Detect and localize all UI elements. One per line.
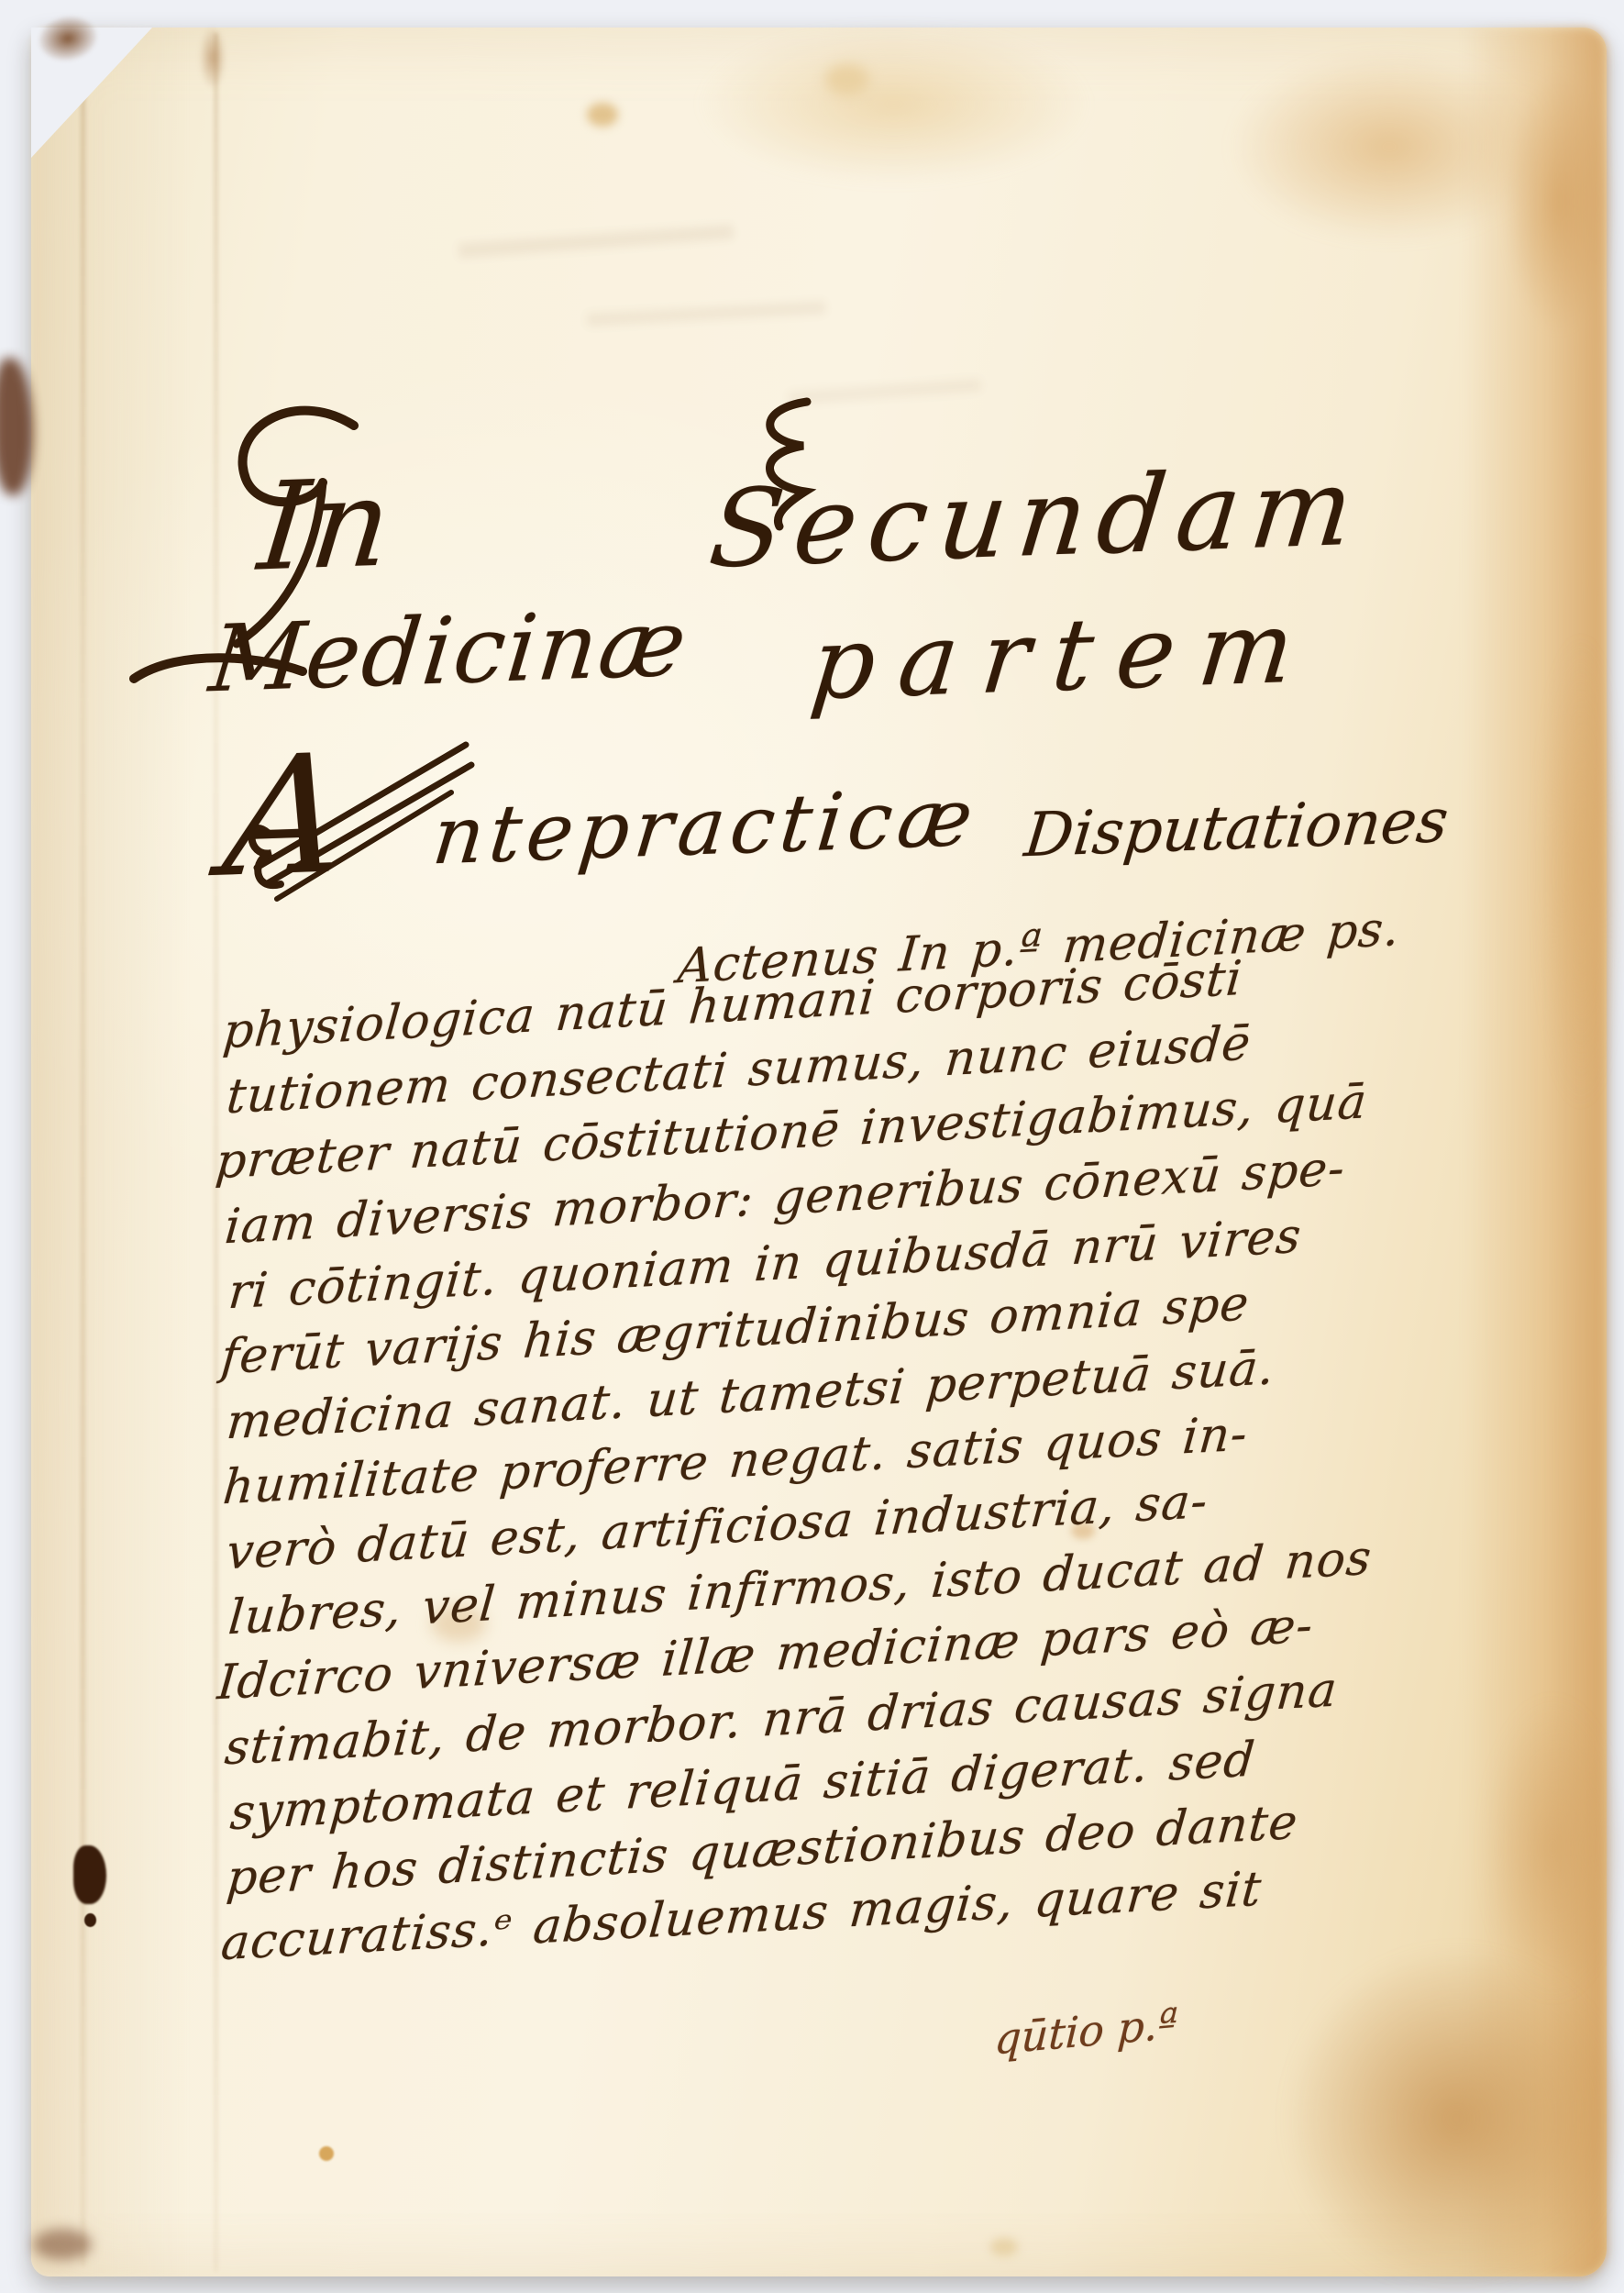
heading-word-disputationes: Disputationes — [1022, 785, 1452, 870]
heading-word-in: In — [253, 452, 401, 599]
heading-word-secundam: Secundam — [704, 445, 1370, 592]
margin-smudge — [0, 358, 33, 495]
manuscript-photo: { "image": { "backdrop_color": "#eef0f5"… — [0, 0, 1624, 2293]
heading-word-partem: partem — [806, 590, 1323, 723]
decorated-initial-a: A — [216, 718, 358, 914]
heading-word-antepracticae: ntepracticæ — [428, 771, 982, 882]
heading-word-medicinae: Medicinæ — [205, 589, 693, 714]
